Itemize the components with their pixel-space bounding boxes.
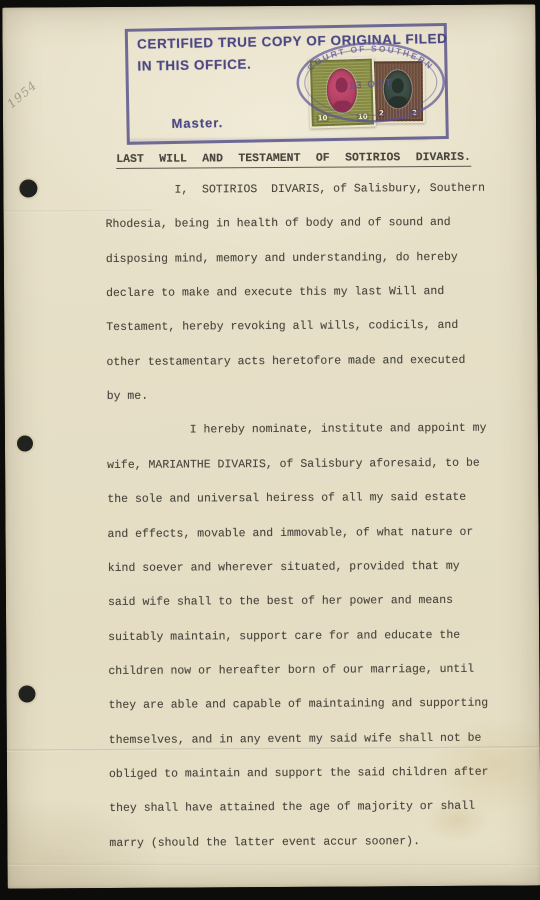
master-signature-label: Master. xyxy=(171,115,223,131)
document-line: other testamentary acts heretofore made … xyxy=(106,353,465,370)
stamp-denomination: 2 xyxy=(378,109,385,117)
photograph-background: { "colors": { "background": "#0c0c0a", "… xyxy=(0,0,540,900)
certification-stamp-line2: IN THIS OFFICE. xyxy=(137,57,251,74)
document-line: wife, MARIANTHE DIVARIS, of Salisbury af… xyxy=(107,456,480,473)
certification-stamp-line1: CERTIFIED TRUE COPY OF ORIGINAL FILED xyxy=(137,31,448,52)
document-page: 1954 CERTIFIED TRUE COPY OF ORIGINAL FIL… xyxy=(2,4,540,888)
document-line: Testament, hereby revoking all wills, co… xyxy=(106,318,458,335)
portrait-silhouette xyxy=(332,100,352,113)
document-line: and effects, movable and immovable, of w… xyxy=(107,524,473,541)
document-line: Rhodesia, being in health of body and of… xyxy=(106,215,451,232)
document-line: by me. xyxy=(107,389,149,404)
portrait-silhouette xyxy=(392,78,404,93)
stamp-denomination: 2 xyxy=(411,109,418,117)
paper-crease xyxy=(4,210,154,213)
portrait-oval xyxy=(326,68,357,113)
stamp-denomination: 10 xyxy=(317,114,329,122)
document-line: obliged to maintain and support the said… xyxy=(109,765,489,782)
document-title: LAST WILL AND TESTAMENT OF SOTIRIOS DIVA… xyxy=(116,151,471,169)
portrait-silhouette xyxy=(335,78,347,93)
document-line: children now or hereafter born of our ma… xyxy=(108,662,474,679)
portrait-oval xyxy=(384,70,412,108)
revenue-stamp-right: 2 2 xyxy=(371,59,425,123)
punch-hole xyxy=(17,435,33,451)
portrait-silhouette xyxy=(388,96,408,108)
document-line: disposing mind, memory and understanding… xyxy=(106,250,458,267)
revenue-stamp-left: 10 10 xyxy=(308,57,376,129)
document-line: the sole and universal heiress of all my… xyxy=(107,490,466,507)
punch-hole xyxy=(19,179,37,197)
document-line: they shall have attained the age of majo… xyxy=(109,799,475,816)
punch-hole xyxy=(18,685,35,702)
document-line: kind soever and wherever situated, provi… xyxy=(108,559,460,576)
stamp-denomination: 10 xyxy=(357,113,369,121)
typed-body: I, SOTIRIOS DIVARIS, of Salisbury, South… xyxy=(2,4,535,7)
document-line: marry (should the latter event accur soo… xyxy=(109,834,420,851)
document-line: themselves, and in any event my said wif… xyxy=(109,730,482,747)
document-line: they are able and capable of maintaining… xyxy=(109,696,489,713)
document-line: declare to make and execute this my last… xyxy=(106,284,444,301)
document-line: I hereby nominate, institute and appoint… xyxy=(107,421,487,438)
document-line: suitably maintain, support care for and … xyxy=(108,627,460,644)
stamp-frame: 2 2 xyxy=(373,61,423,121)
document-line: I, SOTIRIOS DIVARIS, of Salisbury, South… xyxy=(105,181,485,198)
stamp-frame: 10 10 xyxy=(310,59,374,127)
paper-crease xyxy=(7,746,540,751)
paper-crease xyxy=(8,864,540,866)
document-line: said wife shall to the best of her power… xyxy=(108,593,453,610)
pencil-annotation: 1954 xyxy=(4,78,39,111)
